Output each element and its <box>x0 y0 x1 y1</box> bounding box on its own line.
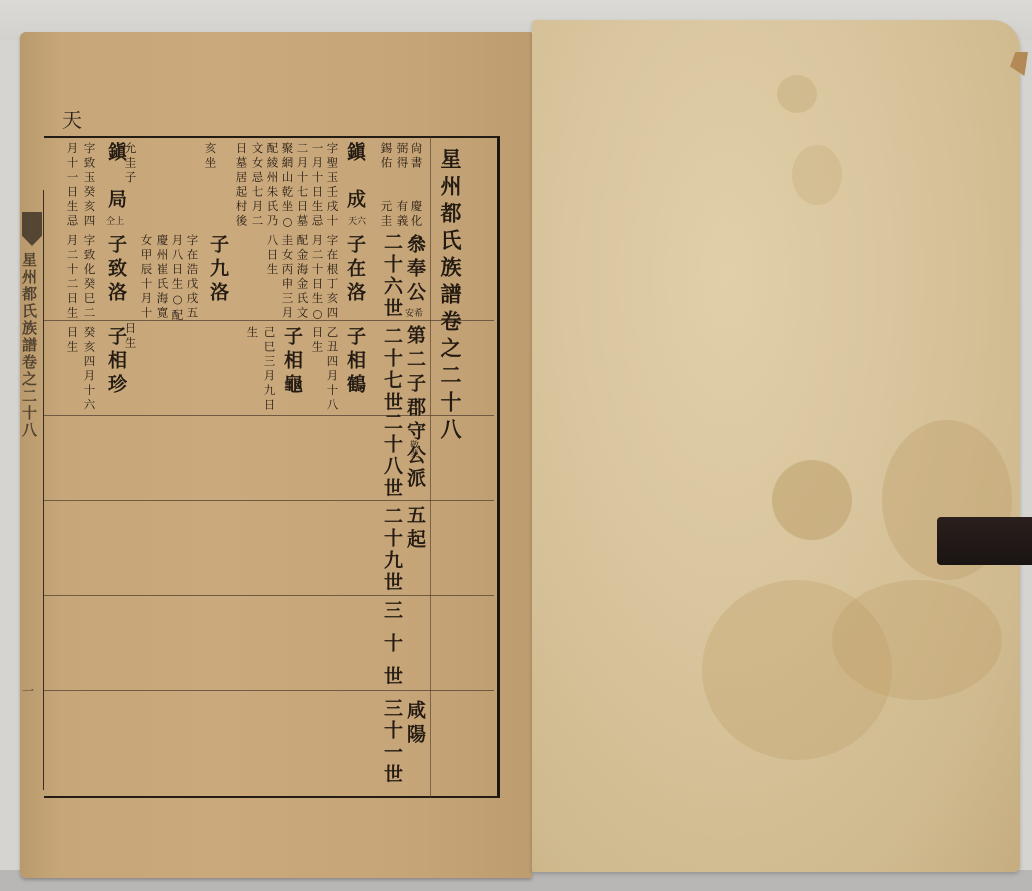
book-title: 星州都氏族譜卷之二十八 <box>440 148 461 445</box>
paper-stain <box>777 75 817 113</box>
person-detail: 慶州崔氏海寛 <box>156 234 168 321</box>
person-name: 子致洛 <box>106 234 125 306</box>
header-note: 元圭 <box>380 200 392 229</box>
row-divider <box>44 415 494 416</box>
row-divider <box>44 595 494 596</box>
person-detail: 女甲辰十月十 <box>140 234 152 321</box>
person-detail: 乙丑四月十八 <box>326 326 338 413</box>
person-detail: 亥坐 <box>204 142 216 171</box>
person-detail: 圭女丙申三月 <box>281 234 293 321</box>
person-detail: 配綾州朱氏乃 <box>266 142 278 229</box>
corner-mark: 天 <box>62 104 82 133</box>
person-detail: 月十一日生忌 <box>66 142 78 229</box>
right-page <box>532 20 1020 872</box>
person-detail: 月二十日生○ <box>311 234 323 324</box>
person-name: 子相鶴 <box>345 326 364 398</box>
person-detail: 月八日生○配 <box>171 234 183 324</box>
spine-page-mark: 一 <box>22 682 34 699</box>
header-note: 有義 <box>396 200 408 229</box>
paper-stain <box>772 460 852 540</box>
paper-stain <box>832 580 1002 700</box>
person-detail: 字致玉癸亥四 <box>83 142 95 229</box>
generation-label: 二十六世 <box>382 232 401 320</box>
title-column-divider <box>430 136 431 798</box>
person-detail: 字聖玉壬戌十 <box>326 142 338 229</box>
person-note: 天六 <box>348 218 366 227</box>
generation-label: 二十九世 <box>382 506 401 594</box>
person-detail: 癸亥四月十六 <box>83 326 95 413</box>
header-note: 弼得 <box>396 142 408 171</box>
generation-label: 二十七世 <box>382 326 401 414</box>
ancestor-name: 叅奉公 <box>405 234 424 306</box>
person-detail: 己巳三月九日 <box>263 326 275 413</box>
person-detail: 字在浩戊戌五 <box>186 234 198 321</box>
person-name: 子九洛 <box>208 234 227 306</box>
person-detail: 一月十日生忌 <box>311 142 323 229</box>
person-detail: 字在根丁亥四 <box>326 234 338 321</box>
person-detail: 生 <box>246 326 258 341</box>
generation-label: 三十一世 <box>382 698 401 786</box>
binder-clip <box>937 517 1032 565</box>
person-detail: 日生 <box>66 326 78 355</box>
branch-suffix: 派 <box>405 468 424 492</box>
row-divider <box>44 500 494 501</box>
row-divider <box>44 320 494 321</box>
ancestor-note: 安希 <box>405 310 423 319</box>
person-detail: 日墓居起村後 <box>235 142 247 229</box>
branch-note: 敬業 <box>408 440 417 458</box>
person-detail: 月二十二日生 <box>66 234 78 321</box>
spine-title: 星州都氏族譜卷之二十八 <box>20 252 40 439</box>
person-detail: 配金海金氏文 <box>296 234 308 321</box>
person-note: 仝上 <box>106 218 124 227</box>
person-name: 子相龜 <box>282 326 301 398</box>
generation-label: 二十八世 <box>382 412 401 500</box>
generation-label: 三十世 <box>382 600 401 699</box>
header-note: 慶化 <box>410 200 422 229</box>
branch-start: 五起 <box>405 505 424 553</box>
person-detail: 聚網山乾坐○ <box>281 142 293 232</box>
person-detail: 日生 <box>311 326 323 355</box>
person-detail: 文女忌七月二 <box>251 142 263 229</box>
place-name: 咸陽 <box>405 700 424 748</box>
person-name: 子相珍 <box>106 326 125 398</box>
person-detail: 字致化癸巳二 <box>83 234 95 321</box>
person-name: 子在洛 <box>345 234 364 306</box>
row-divider <box>44 690 494 691</box>
header-note: 尙書 <box>410 142 422 171</box>
person-detail: 八日生 <box>266 234 278 278</box>
paper-stain <box>792 145 842 205</box>
header-note: 錫佑 <box>380 142 392 171</box>
person-detail: 二月十七日墓 <box>296 142 308 229</box>
